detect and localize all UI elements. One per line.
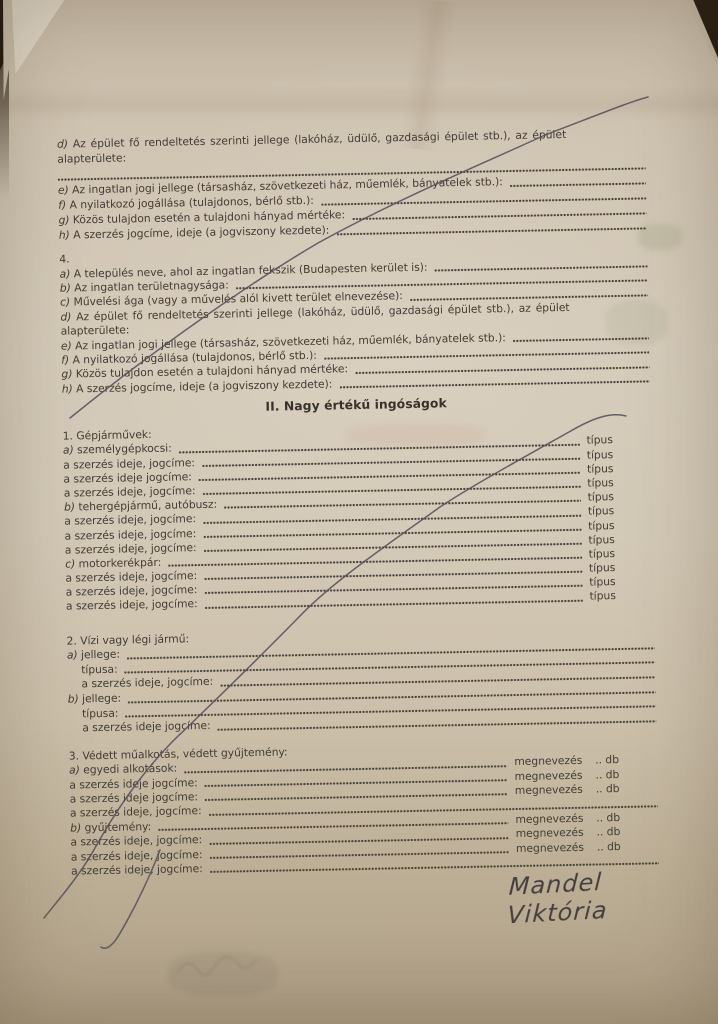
photographed-document: d) Az épület fő rendeltetés szerinti jel… [0, 0, 718, 1024]
photo-vignette [0, 0, 718, 1024]
